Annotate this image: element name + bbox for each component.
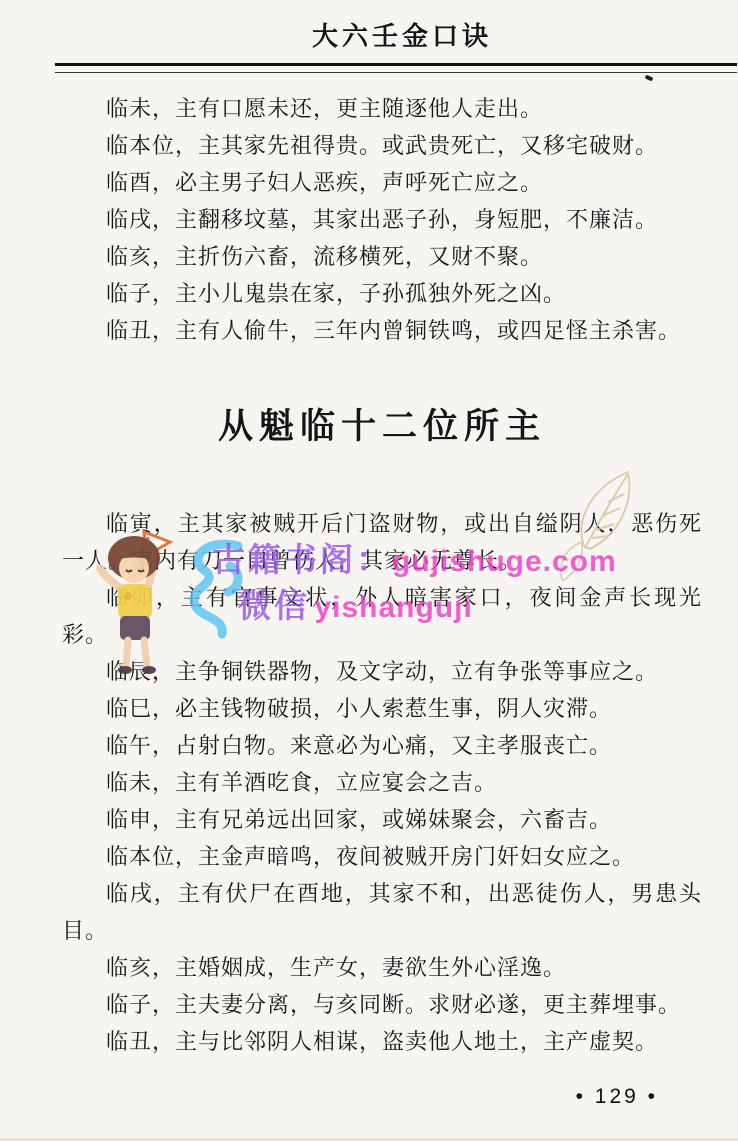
- paragraph: 临亥，主婚姻成，生产女，妻欲生外心淫逸。: [62, 949, 702, 986]
- paragraph: 临巳，必主钱物破损，小人索惹生事，阴人灾滞。: [62, 690, 702, 727]
- paragraph: 临丑，主有人偷牛，三年内曾铜铁鸣，或四足怪主杀害。: [62, 312, 702, 349]
- paragraph: 临午，占射白物。来意必为心痛，又主孝服丧亡。: [62, 727, 702, 764]
- paragraph: 临子，主小儿鬼祟在家，子孙孤独外死之凶。: [62, 275, 702, 312]
- paragraph: 临酉，必主男子妇人恶疾，声呼死亡应之。: [62, 164, 702, 201]
- paragraph: 临子，主夫妻分离，与亥同断。求财必遂，更主葬埋事。: [62, 986, 702, 1023]
- paragraph: 临申，主有兄弟远出回家，或娣妹聚会，六畜吉。: [62, 801, 702, 838]
- paragraph: 临戌，主翻移坟墓，其家出恶子孙，身短肥，不廉洁。: [62, 201, 702, 238]
- paragraph: 临寅，主其家被贼开后门盗财物，或出自缢阴人，恶伤死一人。家内有刀一口曾伤人，其家…: [62, 505, 702, 579]
- paragraph: 临未，主有口愿未还，更主随逐他人走出。: [62, 90, 702, 127]
- page-number: • 129 •: [576, 1085, 658, 1109]
- paragraph: 临本位，主金声暗鸣，夜间被贼开房门奸妇女应之。: [62, 838, 702, 875]
- paragraph: 临丑，主与比邻阴人相谋，盗卖他人地土，主产虚契。: [62, 1023, 702, 1060]
- section-heading: 从魁临十二位所主: [62, 399, 702, 449]
- header-rule: [55, 63, 737, 73]
- paragraph: 临亥，主折伤六畜，流移横死，又财不聚。: [62, 238, 702, 275]
- text-block: 临未，主有口愿未还，更主随逐他人走出。 临本位，主其家先祖得贵。或武贵死亡，又移…: [0, 73, 738, 1060]
- running-title: 大六壬金口诀: [0, 0, 738, 53]
- paragraph: 临未，主有羊酒吃食，立应宴会之吉。: [62, 764, 702, 801]
- paragraph: 临辰，主争铜铁器物，及文字动，立有争张等事应之。: [62, 653, 702, 690]
- paragraph: 临卯，主有官事文状，外人暗害家口，夜间金声长现光彩。: [62, 579, 702, 653]
- paragraph: 临戌，主有伏尸在酉地，其家不和，出恶徒伤人，男患头目。: [62, 875, 702, 949]
- book-page: 大六壬金口诀 临未，主有口愿未还，更主随逐他人走出。 临本位，主其家先祖得贵。或…: [0, 0, 738, 1141]
- paragraph: 临本位，主其家先祖得贵。或武贵死亡，又移宅破财。: [62, 127, 702, 164]
